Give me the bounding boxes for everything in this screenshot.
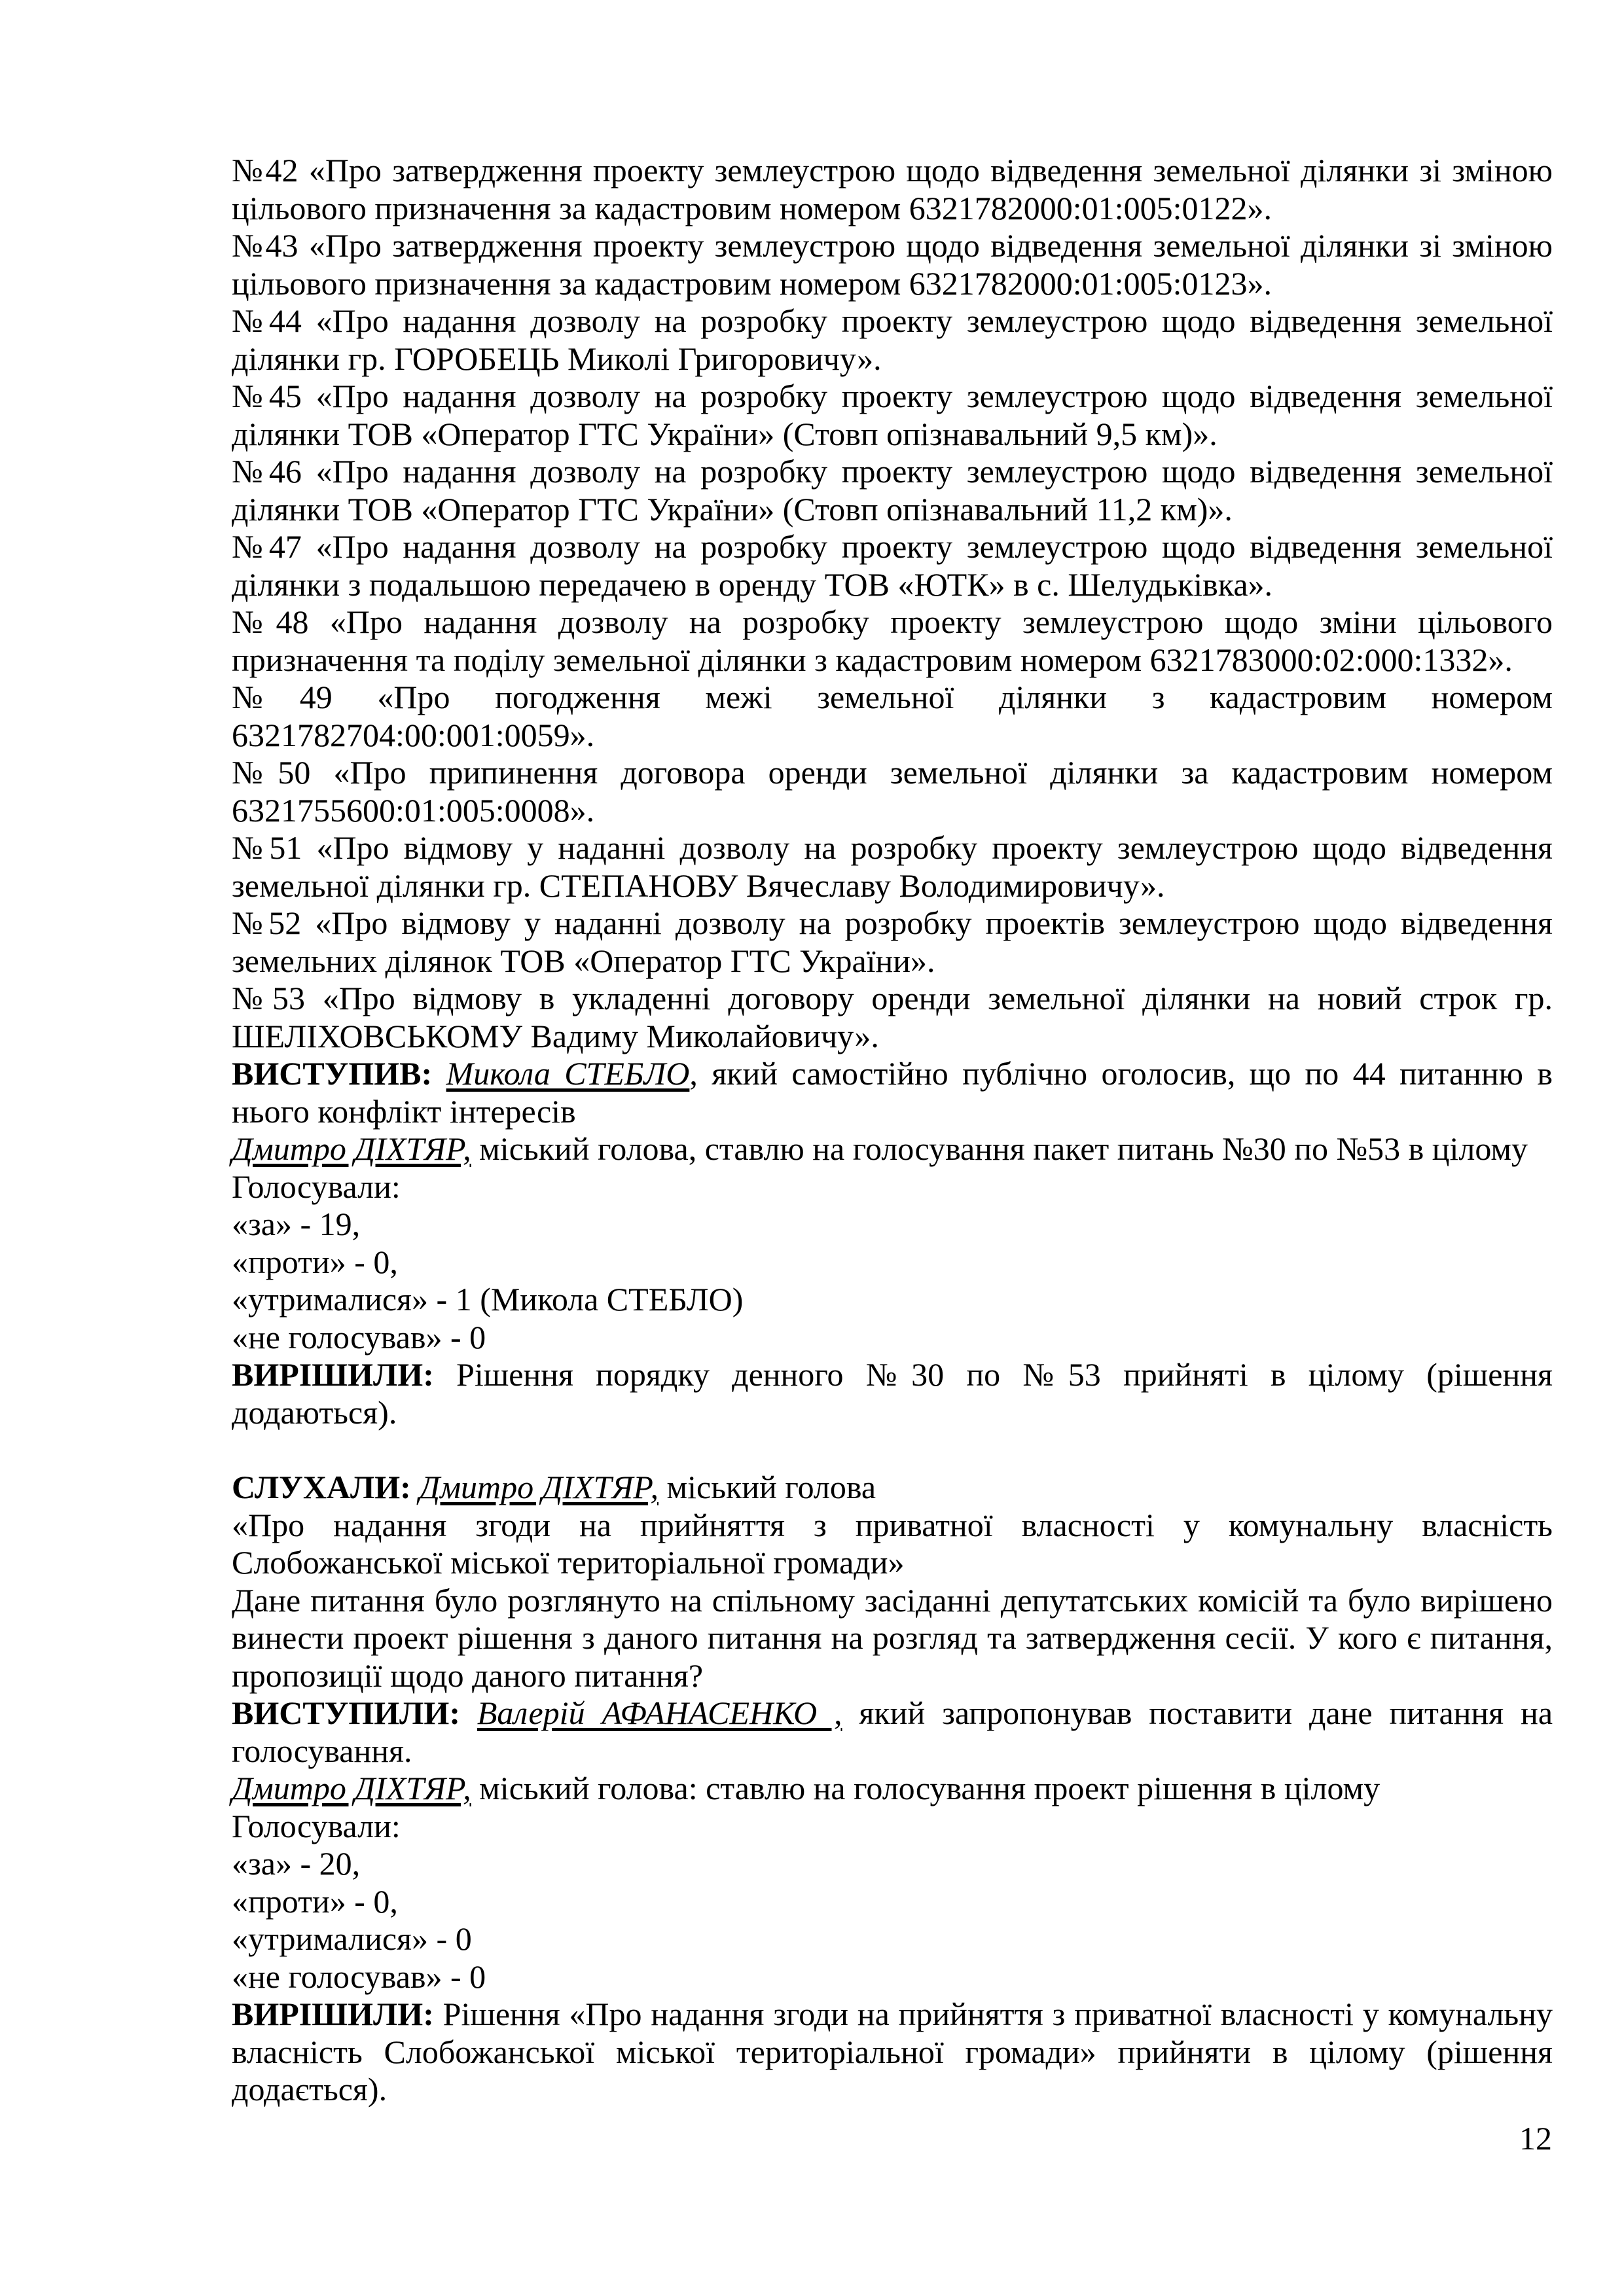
vote-for: «за» - 20,	[232, 1845, 1553, 1883]
agenda-item: №53 «Про відмову в укладенні договору ор…	[232, 980, 1553, 1055]
chair-name: Дмитро ДІХТЯР,	[232, 1770, 471, 1806]
vote-abstained: «утрималися» - 1 (Микола СТЕБЛО)	[232, 1281, 1553, 1319]
page-number: 12	[1519, 2119, 1552, 2157]
spoke-label: ВИСТУПИВ:	[232, 1055, 432, 1092]
agenda-list: №42 «Про затвердження проекту землеустро…	[232, 152, 1553, 1055]
vote-not-voted: «не голосував» - 0	[232, 1319, 1553, 1357]
section-property-transfer: СЛУХАЛИ: Дмитро ДІХТЯР, міський голова «…	[232, 1469, 1553, 2109]
agenda-item: №43 «Про затвердження проекту землеустро…	[232, 227, 1553, 302]
section-package-vote: ВИСТУПИВ: Микола СТЕБЛО, який самостійно…	[232, 1055, 1553, 1431]
heard-label: СЛУХАЛИ:	[232, 1469, 411, 1505]
chair-statement: Дмитро ДІХТЯР, міський голова: ставлю на…	[232, 1770, 1553, 1808]
agenda-item: №52 «Про відмову у наданні дозволу на ро…	[232, 905, 1553, 980]
voted-label: Голосували:	[232, 1808, 1553, 1846]
vote-against: «проти» - 0,	[232, 1883, 1553, 1921]
vote-not-voted: «не голосував» - 0	[232, 1958, 1553, 1996]
description: Дане питання було розглянуто на спільном…	[232, 1582, 1553, 1695]
chair-name: Дмитро ДІХТЯР,	[232, 1130, 471, 1167]
agenda-item: №48 «Про надання дозволу на розробку про…	[232, 603, 1553, 679]
decided-label: ВИРІШИЛИ:	[232, 1996, 434, 2032]
agenda-item: №47 «Про надання дозволу на розробку про…	[232, 528, 1553, 603]
agenda-item: №42 «Про затвердження проекту землеустро…	[232, 152, 1553, 227]
vote-for: «за» - 19,	[232, 1206, 1553, 1244]
spacer	[232, 1431, 1553, 1469]
vote-abstained: «утрималися» - 0	[232, 1920, 1553, 1958]
chair-statement: Дмитро ДІХТЯР, міський голова, ставлю на…	[232, 1130, 1553, 1168]
heard-name: Дмитро ДІХТЯР,	[419, 1469, 659, 1505]
topic: «Про надання згоди на прийняття з приват…	[232, 1507, 1553, 1582]
agenda-item: №44 «Про надання дозволу на розробку про…	[232, 302, 1553, 378]
speaker-statement: ВИСТУПИЛИ: Валерій АФАНАСЕНКО , який зап…	[232, 1695, 1553, 1770]
document-page: №42 «Про затвердження проекту землеустро…	[232, 152, 1553, 2109]
agenda-item: №45 «Про надання дозволу на розробку про…	[232, 378, 1553, 453]
agenda-item: №51 «Про відмову у наданні дозволу на ро…	[232, 829, 1553, 905]
agenda-item: №49 «Про погодження межі земельної ділян…	[232, 679, 1553, 754]
spoke-label: ВИСТУПИЛИ:	[232, 1695, 460, 1731]
decided-label: ВИРІШИЛИ:	[232, 1356, 434, 1393]
speaker-statement: ВИСТУПИВ: Микола СТЕБЛО, який самостійно…	[232, 1055, 1553, 1130]
speaker-name: Валерій АФАНАСЕНКО ,	[477, 1695, 842, 1731]
decision: ВИРІШИЛИ: Рішення порядку денного №30 по…	[232, 1356, 1553, 1431]
agenda-item: №46 «Про надання дозволу на розробку про…	[232, 453, 1553, 528]
decision: ВИРІШИЛИ: Рішення «Про надання згоди на …	[232, 1996, 1553, 2109]
vote-against: «проти» - 0,	[232, 1244, 1553, 1282]
voted-label: Голосували:	[232, 1168, 1553, 1206]
heard-statement: СЛУХАЛИ: Дмитро ДІХТЯР, міський голова	[232, 1469, 1553, 1507]
agenda-item: №50 «Про припинення договора оренди земе…	[232, 754, 1553, 829]
speaker-name: Микола СТЕБЛО	[446, 1055, 690, 1092]
